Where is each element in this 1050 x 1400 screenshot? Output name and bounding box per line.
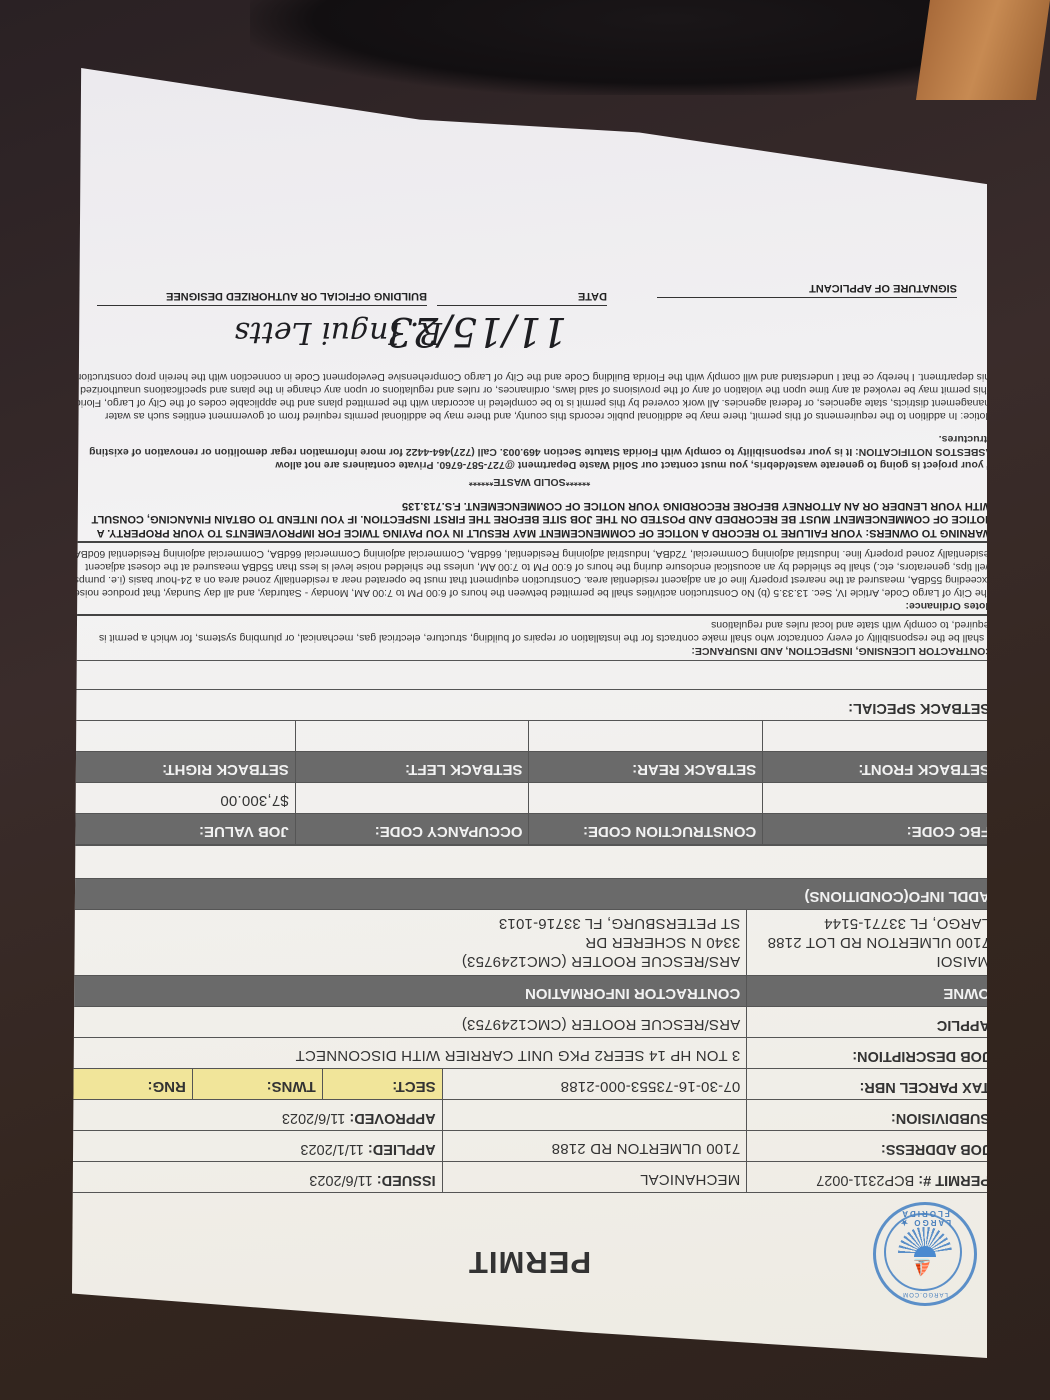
owner-info: MAISOI 7100 ULMERTON RD LOT 2188 LARGO, … [747, 910, 997, 976]
table-row-setback-special-value [63, 661, 997, 690]
permit-number: BCP2311-0027 [816, 1172, 914, 1188]
twns-label: TWNS: [192, 1069, 322, 1100]
setback-special-label: SETBACK SPECIAL: [63, 690, 997, 721]
table-row-job-description: JOB DESCRIPTION: 3 TON HP 14 SEER2 PKG U… [63, 1038, 997, 1069]
contractor-address-line2: ST PETERSBURG, FL 33716-1013 [69, 914, 740, 933]
fbc-code-label: FBC CODE: [763, 814, 997, 845]
seal-top-text: LARGO.COM [876, 1291, 974, 1297]
setback-front-label: SETBACK FRONT: [763, 752, 997, 783]
permit-document: LARGO.COM ⛵ LARGO ★ FLORIDA PERMIT PERMI… [72, 68, 987, 1358]
asbestos-notification: ASBESTOS NOTIFICATION: It is your respon… [66, 433, 993, 459]
table-row-setback-values [63, 721, 997, 752]
permit-number-cell: PERMIT #: BCP2311-0027 [747, 1162, 997, 1193]
owner-address-line1: 7100 ULMERTON RD LOT 2188 [753, 933, 990, 952]
table-row-owner-contractor-headers: OWNE CONTRACTOR INFORMATION [63, 976, 997, 1007]
applied-date: 11/1/2023 [300, 1141, 363, 1157]
table-row-setback-headers: SETBACK FRONT: SETBACK REAR: SETBACK LEF… [63, 752, 997, 783]
job-address-label: JOB ADDRESS: [747, 1131, 997, 1162]
table-row-permit: PERMIT #: BCP2311-0027 MECHANICAL ISSUED… [63, 1162, 997, 1193]
background-bag [250, 0, 950, 95]
subdivision [442, 1100, 747, 1131]
table-row-setback-special: SETBACK SPECIAL: [63, 690, 997, 721]
rng-label: RNG: [63, 1069, 193, 1100]
setback-right-label: SETBACK RIGHT: [63, 752, 296, 783]
occupancy-code-label: OCCUPANCY CODE: [295, 814, 529, 845]
warning-to-owners: WARNING TO OWNERS: YOUR FAILURE TO RECOR… [66, 499, 993, 544]
table-row-owner-contractor: MAISOI 7100 ULMERTON RD LOT 2188 LARGO, … [63, 910, 997, 976]
construction-code-label: CONSTRUCTION CODE: [529, 814, 763, 845]
fbc-code [763, 783, 997, 814]
table-row-subdivision: SUBDIVISION: APPROVED: 11/6/2023 [63, 1100, 997, 1131]
contractor-name: ARS/RESCUE ROOTER (CMC1249753) [69, 952, 740, 971]
sect-label: SECT: [322, 1069, 442, 1100]
table-row-addl-info [63, 846, 997, 879]
document-header: LARGO.COM ⛵ LARGO ★ FLORIDA PERMIT [62, 1193, 997, 1288]
official-signature: R. Ingui Letts [234, 316, 442, 351]
setback-left-label: SETBACK LEFT: [295, 752, 529, 783]
permit-type: MECHANICAL [442, 1162, 747, 1193]
table-row-applicant: APPLIC ARS/RESCUE ROOTER (CMC1249753) [63, 1007, 997, 1038]
issued-date: 11/6/2023 [309, 1172, 372, 1188]
job-description-label: JOB DESCRIPTION: [747, 1038, 997, 1069]
tax-parcel-number: 07-30-16-73553-000-2188 [442, 1069, 747, 1100]
building-official-line: BUILDING OFFICIAL OR AUTHORIZED DESIGNEE [97, 291, 427, 307]
solid-waste-text: If your project is going to generate was… [66, 459, 993, 472]
signature-section: 11/15/23 R. Ingui Letts SIGNATURE OF APP… [62, 257, 997, 357]
occupancy-code [295, 783, 529, 814]
applicant-label: APPLIC [747, 1007, 997, 1038]
applicant: ARS/RESCUE ROOTER (CMC1249753) [63, 1007, 747, 1038]
owner-name: MAISOI [753, 952, 990, 971]
table-row-tax-parcel: TAX PARCEL NBR: 07-30-16-73553-000-2188 … [63, 1069, 997, 1100]
owner-address-line2: LARGO, FL 33771-5144 [753, 914, 990, 933]
owner-label: OWNE [747, 976, 997, 1007]
contractor-licensing-heading: CONTRACTOR LICENSING, INSPECTION, AND IN… [66, 644, 993, 657]
contractor-info-label: CONTRACTOR INFORMATION [63, 976, 747, 1007]
seal-bottom-text: LARGO ★ FLORIDA [876, 1209, 974, 1227]
subdivision-label: SUBDIVISION: [747, 1100, 997, 1131]
contractor-info: ARS/RESCUE ROOTER (CMC1249753) 3340 N SC… [63, 910, 747, 976]
job-value: $7,300.00 [63, 783, 296, 814]
issued-cell: ISSUED: 11/6/2023 [63, 1162, 443, 1193]
contractor-licensing-text: It shall be the responsibility of every … [66, 618, 993, 644]
applicant-signature-line: SIGNATURE OF APPLICANT [657, 283, 957, 299]
setback-rear-label: SETBACK REAR: [529, 752, 763, 783]
notice-text: Notice: In addition to the requirements … [66, 371, 993, 423]
notes-ordinance-text: The City of Largo Code, Article IV, Sec.… [66, 547, 993, 599]
table-row-code-headers: FBC CODE: CONSTRUCTION CODE: OCCUPANCY C… [63, 814, 997, 845]
job-description: 3 TON HP 14 SEER2 PKG UNIT CARRIER WITH … [63, 1038, 747, 1069]
approved-date: 11/6/2023 [282, 1110, 345, 1126]
date-line: DATE [437, 291, 607, 307]
construction-code [529, 783, 763, 814]
document-content-rotated: LARGO.COM ⛵ LARGO ★ FLORIDA PERMIT PERMI… [72, 68, 987, 1358]
contractor-address-line1: 3340 N SCHERER DR [69, 933, 740, 952]
tax-parcel-label: TAX PARCEL NBR: [747, 1069, 997, 1100]
addl-info-label: ADDL INFO(CONDITIONS) [63, 879, 997, 910]
codes-setback-table: FBC CODE: CONSTRUCTION CODE: OCCUPANCY C… [62, 660, 997, 845]
table-row-job-address: JOB ADDRESS: 7100 ULMERTON RD 2188 APPLI… [63, 1131, 997, 1162]
permit-info-table: PERMIT #: BCP2311-0027 MECHANICAL ISSUED… [62, 845, 997, 1193]
job-value-label: JOB VALUE: [63, 814, 296, 845]
table-row-addl-info-header: ADDL INFO(CONDITIONS) [63, 879, 997, 910]
approved-cell: APPROVED: 11/6/2023 [63, 1100, 443, 1131]
applied-cell: APPLIED: 11/1/2023 [63, 1131, 443, 1162]
document-title: PERMIT [62, 1244, 997, 1280]
table-row-code-values: $7,300.00 [63, 783, 997, 814]
solid-waste-heading: ******SOLID WASTE****** [66, 476, 993, 489]
background-wood-floor [916, 0, 1050, 100]
notes-ordinance-heading: Notes Ordinance: [66, 599, 993, 612]
job-address: 7100 ULMERTON RD 2188 [442, 1131, 747, 1162]
